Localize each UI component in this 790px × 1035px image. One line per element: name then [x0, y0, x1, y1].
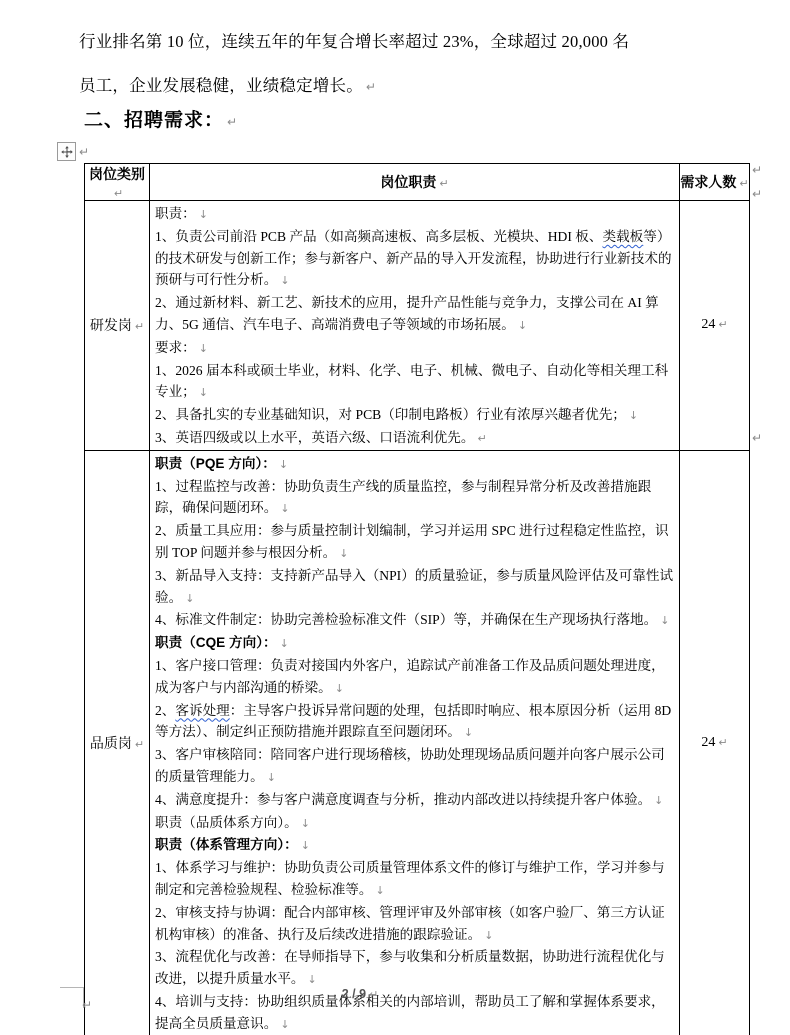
duty-paragraph: 要求：↓	[155, 337, 674, 360]
duty-paragraph: 职责：↓	[155, 203, 674, 226]
line-break-mark-icon: ↓	[660, 614, 669, 627]
line-break-mark-icon: ↓	[279, 458, 288, 471]
table-row-rd: 研发岗↵ 职责：↓1、负责公司前沿 PCB 产品（如高频高速板、高多层板、光模块…	[85, 201, 750, 451]
category-cell-rd: 研发岗↵	[85, 201, 150, 451]
paragraph-mark-icon: ↵	[718, 318, 727, 331]
col-header-headcount: 需求人数↵	[680, 164, 750, 201]
line-break-mark-icon: ↓	[199, 342, 208, 355]
duty-paragraph: 4、满意度提升：参与客户满意度调查与分析，推动内部改进以持续提升客户体验。↓	[155, 789, 674, 812]
duty-paragraph: 1、过程监控与改善：协助负责生产线的质量监控，参与制程异常分析及改善措施跟踪，确…	[155, 476, 674, 521]
intro-text-1: 行业排名第 10 位，连续五年的年复合增长率超过 23%，全球超过 20,000…	[79, 32, 629, 51]
intro-line-1: 行业排名第 10 位，连续五年的年复合增长率超过 23%，全球超过 20,000…	[79, 28, 629, 52]
line-break-mark-icon: ↓	[335, 682, 344, 695]
duty-paragraph: 3、客户审核陪同：陪同客户进行现场稽核，协助处理现场品质问题并向客户展示公司的质…	[155, 744, 674, 789]
page-number-text: 2 / 9	[342, 987, 366, 1001]
category-cell-quality: 品质岗↵	[85, 450, 150, 1035]
line-break-mark-icon: ↓	[185, 592, 194, 605]
paragraph-mark-icon: ↵	[135, 320, 144, 333]
line-break-mark-icon: ↓	[199, 208, 208, 221]
paragraph-mark-icon: ↵	[114, 187, 123, 200]
duty-paragraph: 1、体系学习与维护：协助负责公司质量管理体系文件的修订与维护工作，学习并参与制定…	[155, 857, 674, 902]
duty-paragraph: 3、英语四级或以上水平，英语六级、口语流利优先。↵	[155, 427, 674, 450]
duty-paragraph: 4、标准文件制定：协助完善检验标准文件（SIP）等，并确保在生产现场执行落地。↓	[155, 609, 674, 632]
line-break-mark-icon: ↓	[376, 884, 385, 897]
page-number-indicator: 2 / 9↵	[300, 987, 420, 1001]
duty-paragraph: 职责（品质体系方向）。↓	[155, 812, 674, 835]
intro-line-2: 员工，企业发展稳健，业绩稳定增长。↵	[79, 72, 376, 96]
paragraph-mark-icon: ↵	[135, 738, 144, 751]
table-row-quality: 品质岗↵ 职责（PQE 方向）：↓1、过程监控与改善：协助负责生产线的质量监控，…	[85, 450, 750, 1035]
duty-paragraph: 1、客户接口管理：负责对接国内外客户，追踪试产前准备工作及品质问题处理进度，成为…	[155, 655, 674, 700]
duty-paragraph: 2、质量工具应用：参与质量控制计划编制，学习并运用 SPC 进行过程稳定性监控，…	[155, 520, 674, 565]
paragraph-mark-icon: ↵	[366, 80, 376, 94]
line-break-mark-icon: ↓	[280, 502, 289, 515]
duty-paragraph: 2、审核支持与协调：配合内部审核、管理评审及外部审核（如客户验厂、第三方认证机构…	[155, 902, 674, 947]
paragraph-mark-icon: ↵	[477, 432, 486, 445]
table-move-handle[interactable]	[57, 142, 76, 161]
duty-paragraph: 2、通过新材料、新工艺、新技术的应用，提升产品性能与竞争力，支撑公司在 AI 算…	[155, 292, 674, 337]
move-cross-arrows-icon	[61, 146, 73, 158]
duties-cell-rd: 职责：↓1、负责公司前沿 PCB 产品（如高频高速板、高多层板、光模块、HDI …	[150, 201, 680, 451]
row-end-mark-icon: ↵	[752, 187, 762, 201]
line-break-mark-icon: ↓	[308, 973, 317, 986]
duty-paragraph: 1、2026 届本科或硕士毕业，材料、化学、电子、机械、微电子、自动化等相关理工…	[155, 360, 674, 405]
paragraph-mark-icon: ↵	[439, 177, 448, 190]
paragraph-mark-icon: ↵	[227, 115, 238, 129]
text-boundary-corner-horizontal	[60, 987, 84, 988]
headcount-cell-quality: 24↵	[680, 450, 750, 1035]
duty-paragraph: 3、新品导入支持：支持新产品导入（NPI）的质量验证，参与质量风险评估及可靠性试…	[155, 565, 674, 610]
intro-text-2: 员工，企业发展稳健，业绩稳定增长。	[79, 76, 363, 95]
line-break-mark-icon: ↓	[484, 929, 493, 942]
row-end-mark-icon: ↵	[752, 431, 762, 445]
headcount-cell-rd: 24↵	[680, 201, 750, 451]
col-header-category: 岗位类别↵	[85, 164, 150, 201]
duty-paragraph: 职责（PQE 方向）：↓	[155, 453, 674, 476]
table-header-row: 岗位类别↵ 岗位职责↵ 需求人数↵	[85, 164, 750, 201]
paragraph-mark-icon: ↵	[82, 998, 92, 1012]
line-break-mark-icon: ↓	[629, 409, 638, 422]
section-heading: 二、招聘需求：↵	[84, 105, 238, 132]
line-break-mark-icon: ↓	[199, 386, 208, 399]
line-break-mark-icon: ↓	[464, 726, 473, 739]
duty-paragraph: 3、流程优化与改善：在导师指导下，参与收集和分析质量数据，协助进行流程优化与改进…	[155, 946, 674, 991]
document-page: 行业排名第 10 位，连续五年的年复合增长率超过 23%，全球超过 20,000…	[0, 0, 790, 1035]
line-break-mark-icon: ↓	[654, 794, 663, 807]
line-break-mark-icon: ↓	[339, 547, 348, 560]
duty-paragraph: 2、具备扎实的专业基础知识，对 PCB（印制电路板）行业有浓厚兴趣者优先；↓	[155, 404, 674, 427]
paragraph-mark-icon: ↵	[79, 145, 89, 159]
recruitment-table: 岗位类别↵ 岗位职责↵ 需求人数↵ 研发岗↵ 职责：↓1、负责公司前沿 PCB …	[84, 163, 750, 1035]
duty-paragraph: 1、负责公司前沿 PCB 产品（如高频高速板、高多层板、光模块、HDI 板、类载…	[155, 226, 674, 292]
line-break-mark-icon: ↓	[280, 274, 289, 287]
paragraph-mark-icon: ↵	[739, 177, 748, 190]
line-break-mark-icon: ↓	[280, 1018, 289, 1031]
line-break-mark-icon: ↓	[267, 771, 276, 784]
line-break-mark-icon: ↓	[301, 817, 310, 830]
duty-paragraph: 职责（CQE 方向）：↓	[155, 632, 674, 655]
paragraph-mark-icon: ↵	[718, 736, 727, 749]
line-break-mark-icon: ↓	[280, 637, 289, 650]
section-heading-text: 二、招聘需求：	[84, 110, 224, 131]
col-header-duties: 岗位职责↵	[150, 164, 680, 201]
line-break-mark-icon: ↓	[301, 839, 310, 852]
line-break-mark-icon: ↓	[518, 319, 527, 332]
paragraph-mark-icon: ↵	[369, 988, 378, 1001]
duty-paragraph: 职责（体系管理方向）：↓	[155, 834, 674, 857]
duties-cell-quality: 职责（PQE 方向）：↓1、过程监控与改善：协助负责生产线的质量监控，参与制程异…	[150, 450, 680, 1035]
row-end-mark-icon: ↵	[752, 163, 762, 177]
duty-paragraph: 2、客诉处理：主导客户投诉异常问题的处理，包括即时响应、根本原因分析（运用 8D…	[155, 700, 674, 745]
